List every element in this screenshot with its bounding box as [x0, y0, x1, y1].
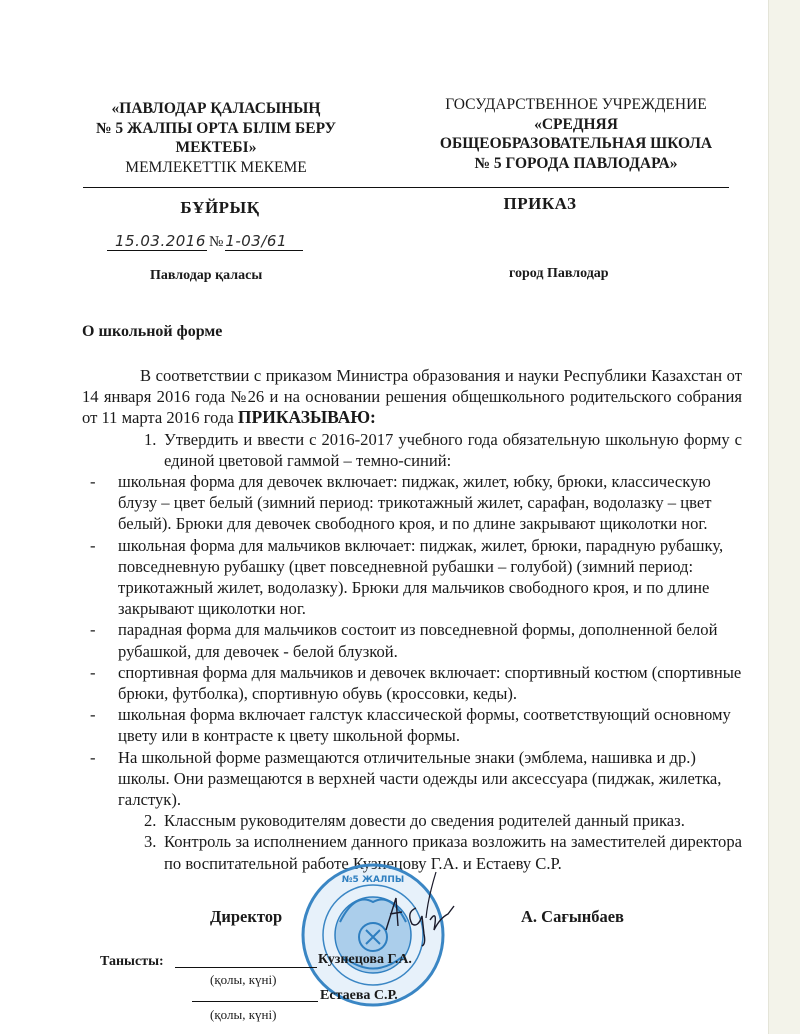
header-ru: ГОСУДАРСТВЕННОЕ УЧРЕЖДЕНИЕ «СРЕДНЯЯ ОБЩЕ…: [420, 95, 732, 173]
header-kz-line4: МЕМЛЕКЕТТІК МЕКЕМЕ: [80, 158, 352, 178]
header-kz-line1: «ПАВЛОДАР ҚАЛАСЫНЫҢ: [80, 99, 352, 119]
order-item-text: Контроль за исполнением данного приказа …: [164, 832, 742, 872]
uniform-rule-sport: - спортивная форма для мальчиков и девоч…: [82, 662, 742, 704]
order-directive: ПРИКАЗЫВАЮ:: [238, 407, 376, 427]
uniform-rule-formal: - парадная форма для мальчиков состоит и…: [82, 619, 742, 661]
number-sign: №: [207, 234, 225, 250]
document-title-ru: ПРИКАЗ: [440, 194, 640, 214]
signature-line-2: [192, 986, 318, 1002]
city-ru: город Павлодар: [509, 266, 609, 282]
uniform-rule-text: школьная форма включает галстук классиче…: [118, 705, 731, 745]
order-date-number: 15.03.2016№1-03/61: [107, 232, 303, 251]
header-kz-line2: № 5 ЖАЛПЫ ОРТА БІЛІМ БЕРУ: [80, 119, 352, 139]
order-item-text: Утвердить и ввести с 2016-2017 учебного …: [164, 430, 742, 470]
document-title-kz: БҰЙРЫҚ: [120, 198, 320, 218]
dash-marker: -: [90, 704, 96, 725]
header-ru-line2: «СРЕДНЯЯ: [420, 115, 732, 135]
header-ru-line3: ОБЩЕОБРАЗОВАТЕЛЬНАЯ ШКОЛА: [420, 134, 732, 154]
intro-text: В соответствии с приказом Министра образ…: [82, 366, 742, 427]
order-number: 1-03/61: [225, 232, 303, 251]
dash-marker: -: [90, 471, 96, 492]
city-kz: Павлодар қаласы: [150, 268, 262, 284]
uniform-rule-text: спортивная форма для мальчиков и девочек…: [118, 663, 741, 703]
signature-scrawl: [378, 868, 468, 948]
dash-marker: -: [90, 619, 96, 640]
order-item-text: Классным руководителям довести до сведен…: [164, 811, 685, 830]
uniform-rule-text: школьная форма для мальчиков включает: п…: [118, 536, 723, 619]
header-ru-line1: ГОСУДАРСТВЕННОЕ УЧРЕЖДЕНИЕ: [420, 95, 732, 115]
familiarized-name-1: Кузнецова Г.А.: [318, 952, 412, 968]
header-kz: «ПАВЛОДАР ҚАЛАСЫНЫҢ № 5 ЖАЛПЫ ОРТА БІЛІМ…: [80, 99, 352, 177]
dash-marker: -: [90, 747, 96, 768]
header-ru-line4: № 5 ГОРОДА ПАВЛОДАРА»: [420, 154, 732, 174]
order-date: 15.03.2016: [107, 232, 207, 251]
uniform-rule-text: На школьной форме размещаются отличитель…: [118, 748, 721, 809]
familiarized-label: Танысты:: [100, 954, 164, 970]
header-kz-line3: МЕКТЕБІ»: [80, 138, 352, 158]
signature-caption-2: (қолы, күні): [210, 1007, 276, 1023]
order-body: В соответствии с приказом Министра образ…: [82, 365, 742, 874]
order-item-number: 3.: [144, 831, 156, 852]
signature-line-1: [175, 951, 317, 968]
uniform-rule-text: школьная форма для девочек включает: пид…: [118, 472, 712, 533]
order-item-1: 1. Утвердить и ввести с 2016-2017 учебно…: [82, 429, 742, 471]
dash-marker: -: [90, 662, 96, 683]
director-name: А. Сағынбаев: [521, 907, 624, 927]
order-subject: О школьной форме: [82, 323, 222, 341]
order-item-number: 2.: [144, 810, 156, 831]
uniform-rule-tie: - школьная форма включает галстук класси…: [82, 704, 742, 746]
uniform-rule-girls: - школьная форма для девочек включает: п…: [82, 471, 742, 535]
familiarized-name-2: Естаева С.Р.: [320, 988, 398, 1004]
uniform-rule-emblem: - На школьной форме размещаются отличите…: [82, 747, 742, 811]
order-item-2: 2. Классным руководителям довести до све…: [82, 810, 742, 831]
header-divider: [83, 187, 729, 188]
scan-edge: [768, 0, 800, 1034]
dash-marker: -: [90, 535, 96, 556]
uniform-rule-text: парадная форма для мальчиков состоит из …: [118, 620, 717, 660]
uniform-rule-boys: - школьная форма для мальчиков включает:…: [82, 535, 742, 620]
intro-paragraph: В соответствии с приказом Министра образ…: [82, 365, 742, 429]
order-item-number: 1.: [144, 429, 156, 450]
director-title: Директор: [210, 907, 282, 927]
